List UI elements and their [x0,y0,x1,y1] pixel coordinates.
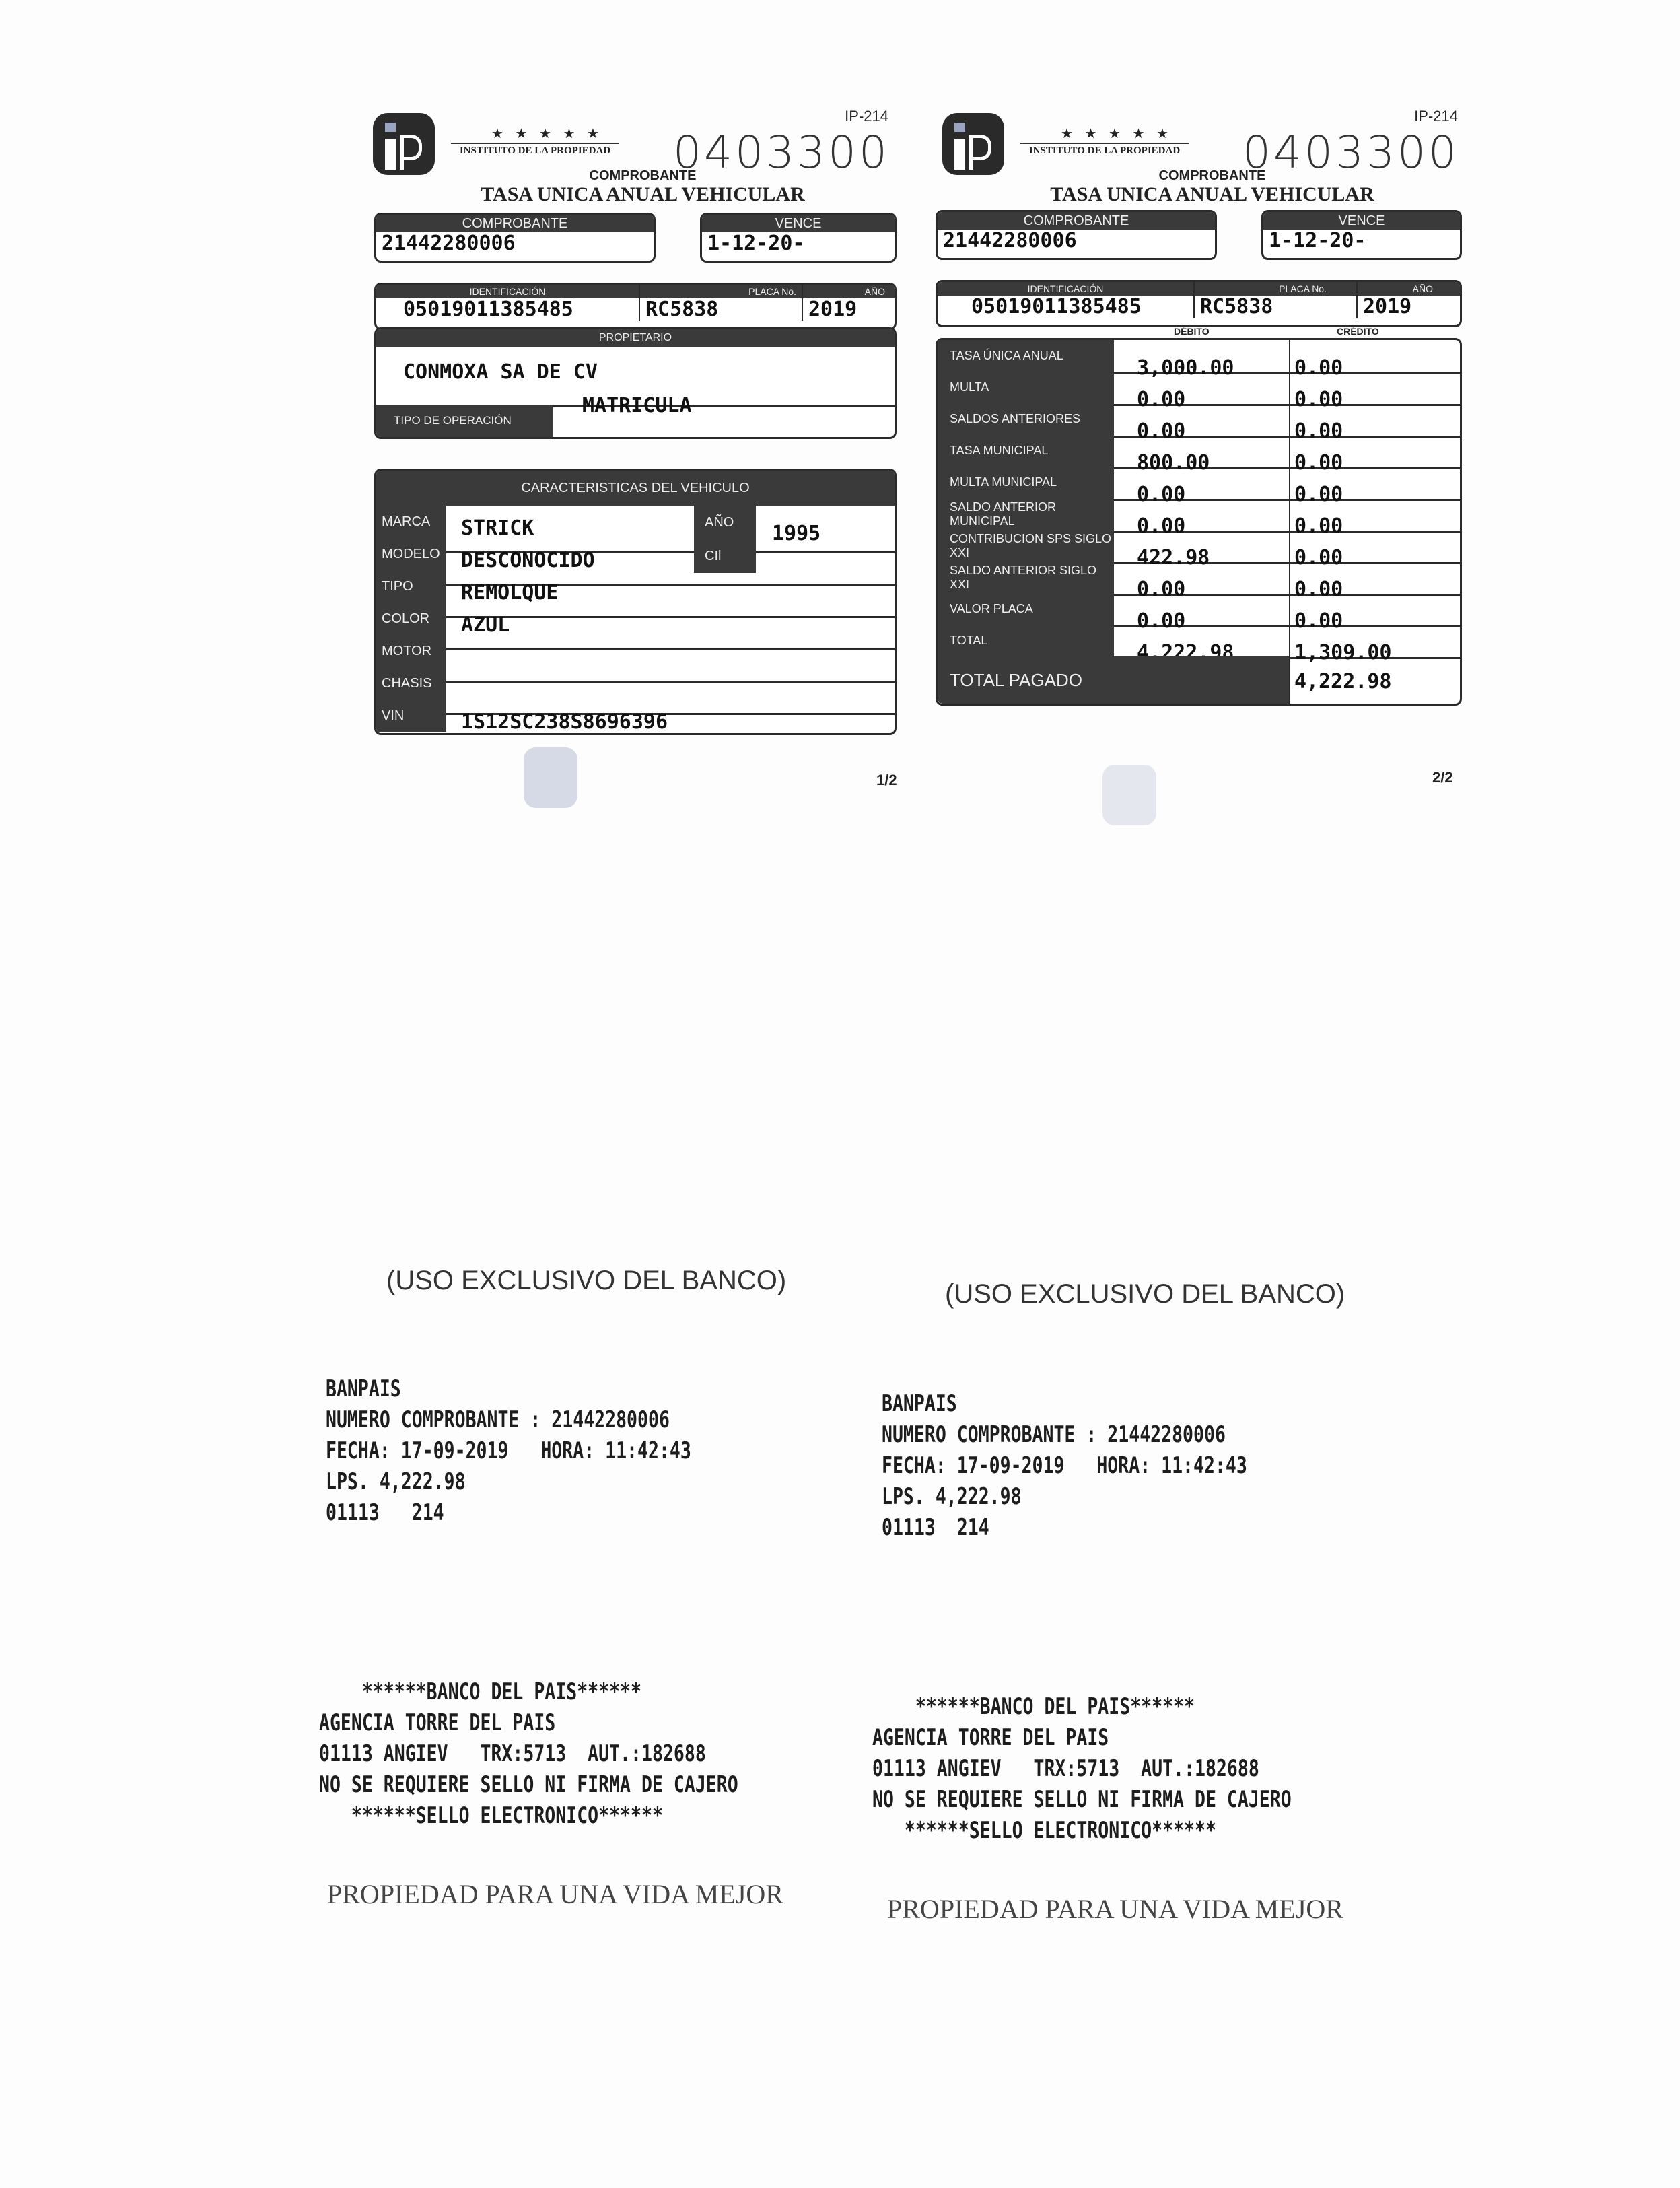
comprobante-label: COMPROBANTE [938,212,1215,230]
fee-debit-value: 800.00 [1137,451,1210,475]
page-number: 2/2 [1432,769,1453,786]
total-pagado-value: 4,222.98 [1294,670,1392,693]
vehicle-field-value: AZUL [461,613,510,637]
fee-label: SALDOS ANTERIORES [938,403,1114,435]
propietario-section: PROPIETARIO CONMOXA SA DE CV TIPO DE OPE… [374,327,897,439]
vence-value: 1-12-20- [1263,230,1460,252]
ip-logo-icon [942,113,1004,175]
vehicle-field-label: MOTOR [376,635,446,667]
bank-line: AGENCIA TORRE DEL PAIS [872,1722,1292,1753]
placa-label: PLACA No. [640,285,802,298]
vehicle-field-label: VIN [376,699,446,732]
page-number: 1/2 [876,772,897,789]
fee-credit-value: 0.00 [1294,388,1343,411]
bank-line: 01113 ANGIEV TRX:5713 AUT.:182688 [319,1738,738,1769]
ip-logo-icon [373,113,435,175]
vehicle-characteristics: CARACTERISTICAS DEL VEHICULO MARCASTRICK… [374,469,897,735]
bank-line: 01113 ANGIEV TRX:5713 AUT.:182688 [872,1753,1292,1784]
bank-line: LPS. 4,222.98 [326,1466,691,1497]
placa-value: RC5838 [1195,296,1356,318]
fee-label: MULTA [938,372,1114,403]
fee-table: TASA ÚNICA ANUAL3,000.000.00MULTA0.000.0… [936,338,1462,706]
identification-row: IDENTIFICACIÓN 05019011385485 PLACA No. … [374,283,897,330]
bank-line: ******BANCO DEL PAIS****** [872,1691,1292,1722]
bank-line: AGENCIA TORRE DEL PAIS [319,1707,738,1738]
placa-value: RC5838 [640,298,802,321]
vence-field: VENCE 1-12-20- [700,213,897,263]
receipt-vehicle-info: ★ ★ ★ ★ ★ INSTITUTO DE LA PROPIEDAD IP-2… [363,101,895,808]
stamp-watermark-icon [1102,765,1156,825]
bank-use-header: (USO EXCLUSIVO DEL BANCO) [386,1266,786,1296]
institution-name: INSTITUTO DE LA PROPIEDAD [451,145,619,157]
anio-vehiculo-value: 1995 [772,522,820,545]
vehicle-field-label: MARCA [376,506,446,538]
vehicle-field-label: TIPO [376,570,446,603]
fee-label: TASA MUNICIPAL [938,435,1114,467]
bank-line: LPS. 4,222.98 [882,1481,1247,1512]
fee-debit-value: 0.00 [1137,578,1185,601]
comprobante-value: 21442280006 [376,232,654,255]
fee-credit-value: 0.00 [1294,356,1343,380]
bank-line: ******SELLO ELECTRONICO****** [872,1815,1292,1846]
comprobante-field: COMPROBANTE 21442280006 [374,213,656,263]
stamp-watermark-icon [524,747,577,808]
vehicle-field-value: REMOLQUE [461,581,559,605]
bank-stamp-left: ******BANCO DEL PAIS******AGENCIA TORRE … [319,1676,738,1831]
identification-row: IDENTIFICACIÓN 05019011385485 PLACA No. … [936,280,1462,327]
bank-line: ******BANCO DEL PAIS****** [319,1676,738,1707]
stars-emblem: ★ ★ ★ ★ ★ [491,125,603,142]
bank-line: BANPAIS [326,1373,691,1404]
bank-stamp-right: ******BANCO DEL PAIS******AGENCIA TORRE … [872,1691,1292,1846]
document-title: TASA UNICA ANUAL VEHICULAR [363,183,895,206]
bank-line: 01113 214 [882,1512,1247,1543]
fee-credit-value: 0.00 [1294,483,1343,506]
fee-debit-value: 0.00 [1137,388,1185,411]
fee-debit-value: 0.00 [1137,514,1185,538]
anio-label: AÑO [1358,282,1460,296]
comprobante-field: COMPROBANTE 21442280006 [936,210,1217,260]
fee-label: MULTA MUNICIPAL [938,467,1114,498]
receipt-payment-detail: ★ ★ ★ ★ ★ INSTITUTO DE LA PROPIEDAD IP-2… [933,101,1465,808]
document-subtitle: COMPROBANTE [363,168,895,184]
bank-validation-right: BANPAISNUMERO COMPROBANTE : 21442280006F… [882,1388,1247,1543]
anio-value: 2019 [1358,296,1460,318]
tipo-operacion-value: MATRICULA [582,394,692,417]
bank-line: NUMERO COMPROBANTE : 21442280006 [326,1404,691,1435]
vehicle-field-label: CHASIS [376,667,446,699]
bank-line: 01113 214 [326,1497,691,1528]
tipo-operacion-label: TIPO DE OPERACIÓN [376,405,553,437]
placa-label: PLACA No. [1195,282,1356,296]
total-pagado-label: TOTAL PAGADO [938,656,1289,704]
vehicle-field-value: STRICK [461,516,534,540]
fee-debit-value: 0.00 [1137,483,1185,506]
fee-label: TASA ÚNICA ANUAL [938,340,1114,372]
fee-label: VALOR PLACA [938,593,1114,625]
propietario-value: CONMOXA SA DE CV [403,360,598,384]
vehicle-field-value: DESCONOCIDO [461,549,595,572]
vence-value: 1-12-20- [702,232,895,255]
form-code: IP-214 [1414,108,1458,125]
vehiculo-header: CARACTERISTICAS DEL VEHICULO [376,471,895,506]
vence-field: VENCE 1-12-20- [1261,210,1462,260]
bank-line: FECHA: 17-09-2019 HORA: 11:42:43 [326,1435,691,1466]
comprobante-value: 21442280006 [938,230,1215,252]
propietario-label: PROPIETARIO [376,329,895,347]
identificacion-value: 05019011385485 [938,296,1193,318]
form-code: IP-214 [845,108,888,125]
tagline: PROPIEDAD PARA UNA VIDA MEJOR [327,1878,783,1910]
fee-label: SALDO ANTERIOR SIGLO XXI [938,561,1114,593]
anio-vehiculo-label: AÑO [694,506,756,539]
fee-label: CONTRIBUCION SPS SIGLO XXI [938,530,1114,561]
comprobante-label: COMPROBANTE [376,215,654,232]
document-subtitle: COMPROBANTE [933,168,1465,184]
fee-credit-value: 0.00 [1294,451,1343,475]
fee-debit-value: 0.00 [1137,609,1185,633]
bank-line: ******SELLO ELECTRONICO****** [319,1800,738,1831]
fee-debit-value: 422.98 [1137,546,1210,570]
fee-credit-value: 0.00 [1294,578,1343,601]
fee-label: TOTAL [938,625,1114,656]
bank-line: NO SE REQUIERE SELLO NI FIRMA DE CAJERO [319,1769,738,1800]
bank-use-header: (USO EXCLUSIVO DEL BANCO) [945,1279,1345,1309]
fee-credit-value: 0.00 [1294,609,1343,633]
vehicle-field-label: COLOR [376,603,446,635]
fee-credit-value: 0.00 [1294,514,1343,538]
fee-debit-value: 0.00 [1137,419,1185,443]
bank-line: NO SE REQUIERE SELLO NI FIRMA DE CAJERO [872,1784,1292,1815]
bank-line: BANPAIS [882,1388,1247,1419]
identificacion-value: 05019011385485 [376,298,639,321]
identificacion-label: IDENTIFICACIÓN [376,285,639,298]
bank-line: FECHA: 17-09-2019 HORA: 11:42:43 [882,1450,1247,1481]
fee-credit-value: 1,309.00 [1294,641,1392,664]
document-title: TASA UNICA ANUAL VEHICULAR [933,183,1465,206]
cilindraje-label: CIl [694,539,756,573]
vehicle-field-label: MODELO [376,538,446,570]
vence-label: VENCE [702,215,895,232]
bank-line: NUMERO COMPROBANTE : 21442280006 [882,1419,1247,1450]
stars-emblem: ★ ★ ★ ★ ★ [1061,125,1172,142]
anio-value: 2019 [803,298,895,321]
identificacion-label: IDENTIFICACIÓN [938,282,1193,296]
debito-header: DÉBITO [1174,326,1210,337]
vence-label: VENCE [1263,212,1460,230]
fee-credit-value: 0.00 [1294,419,1343,443]
anio-label: AÑO [803,285,895,298]
fee-label: SALDO ANTERIOR MUNICIPAL [938,498,1114,530]
bank-validation-left: BANPAISNUMERO COMPROBANTE : 21442280006F… [326,1373,691,1528]
fee-credit-value: 0.00 [1294,546,1343,570]
fee-debit-value: 3,000.00 [1137,356,1234,380]
tagline: PROPIEDAD PARA UNA VIDA MEJOR [887,1893,1343,1925]
institution-name: INSTITUTO DE LA PROPIEDAD [1020,145,1189,157]
vehicle-field-value: 1S12SC238S8696396 [461,710,668,734]
credito-header: CRÉDITO [1337,326,1379,337]
